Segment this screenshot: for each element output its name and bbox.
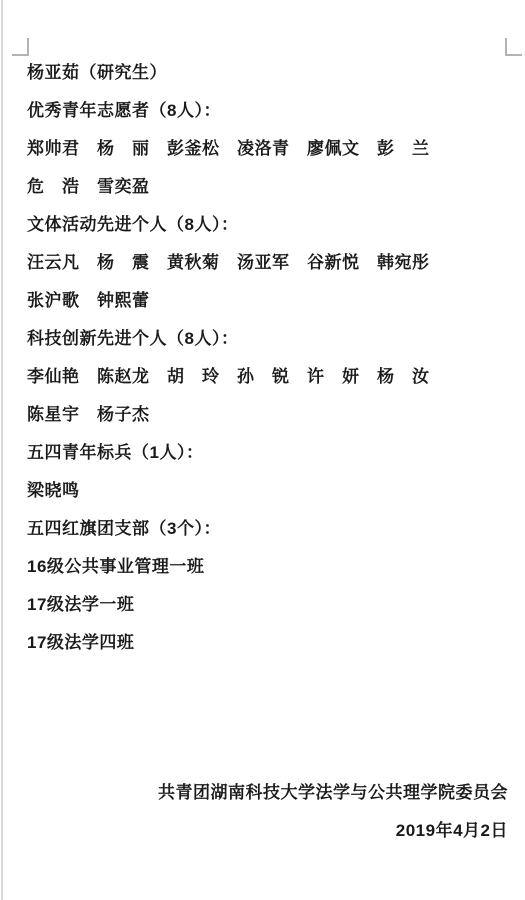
class-name-line: 17级法学一班 (27, 586, 508, 624)
section-heading: 科技创新先进个人（8人）： (27, 320, 508, 358)
names-line: 郑帅君 杨 丽 彭釜松 凌洛青 廖佩文 彭 兰 (27, 130, 508, 168)
names-line: 梁晓鸣 (27, 472, 508, 510)
class-name-line: 17级法学四班 (27, 624, 508, 662)
person-note-line: 杨亚茹（研究生） (27, 54, 508, 92)
document-body: 杨亚茹（研究生）优秀青年志愿者（8人）：郑帅君 杨 丽 彭釜松 凌洛青 廖佩文 … (27, 54, 508, 662)
signature-date-line: 2019年4月2日 (27, 812, 508, 850)
class-name-line: 16级公共事业管理一班 (27, 548, 508, 586)
page-left-edge (1, 0, 3, 900)
names-line: 陈星宇 杨子杰 (27, 396, 508, 434)
signature-committee-line: 共青团湖南科技大学法学与公共理学院委员会 (27, 774, 508, 812)
section-heading: 文体活动先进个人（8人）： (27, 206, 508, 244)
names-line: 李仙艳 陈赵龙 胡 玲 孙 锐 许 妍 杨 汝 (27, 358, 508, 396)
names-line: 张沪歌 钟熙蕾 (27, 282, 508, 320)
section-heading: 优秀青年志愿者（8人）： (27, 92, 508, 130)
document-footer: 共青团湖南科技大学法学与公共理学院委员会 2019年4月2日 (27, 774, 508, 850)
names-line: 危 浩 雪奕盈 (27, 168, 508, 206)
section-heading: 五四青年标兵（1人）： (27, 434, 508, 472)
names-line: 汪云凡 杨 震 黄秋菊 汤亚军 谷新悦 韩宛彤 (27, 244, 508, 282)
document-page: 杨亚茹（研究生）优秀青年志愿者（8人）：郑帅君 杨 丽 彭釜松 凌洛青 廖佩文 … (0, 0, 525, 900)
section-heading: 五四红旗团支部（3个）： (27, 510, 508, 548)
